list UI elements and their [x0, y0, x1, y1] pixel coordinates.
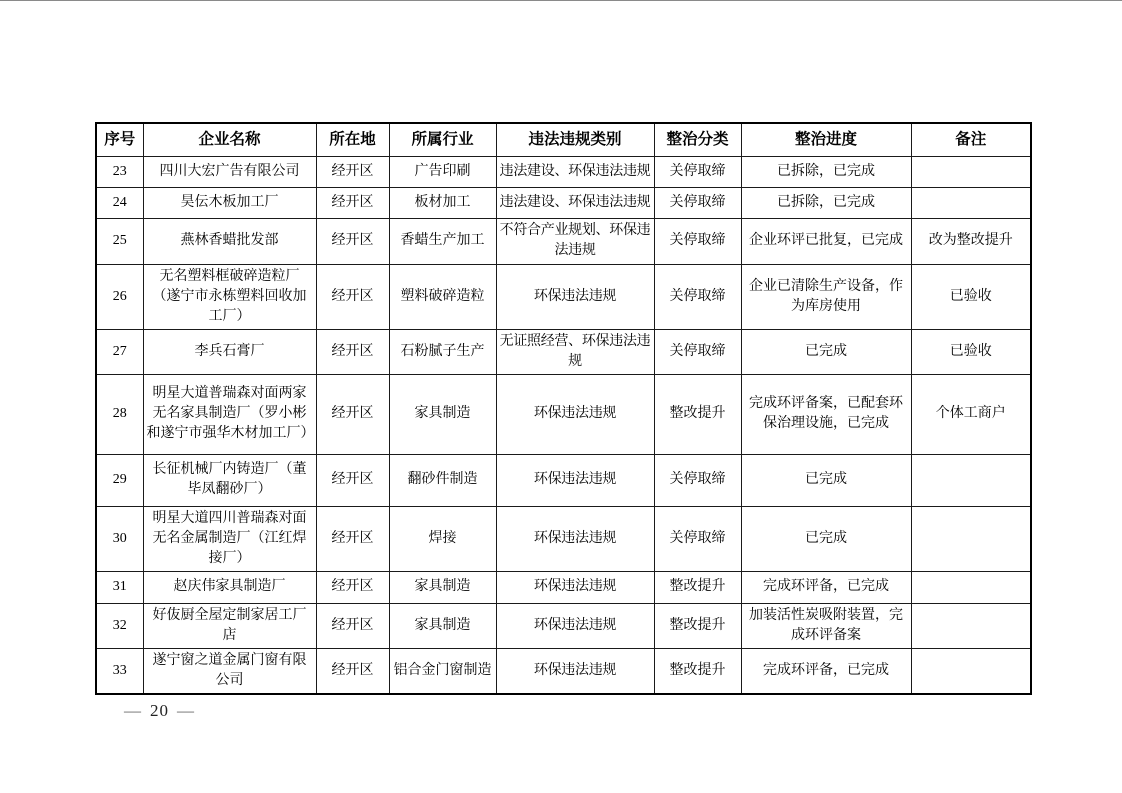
- cell-industry: 塑料破碎造粒: [389, 264, 496, 329]
- cell-remarks: 改为整改提升: [911, 218, 1031, 264]
- table-row: 30 明星大道四川普瑞森对面无名金属制造厂（江红焊接厂） 经开区 焊接 环保违法…: [96, 506, 1031, 571]
- cell-violation-type: 环保违法违规: [496, 454, 654, 506]
- cell-location: 经开区: [316, 506, 389, 571]
- column-header-violation-type: 违法违规类别: [496, 123, 654, 156]
- cell-rectification-category: 关停取缔: [654, 264, 741, 329]
- cell-remarks: [911, 156, 1031, 187]
- column-header-rectification-progress: 整治进度: [741, 123, 911, 156]
- cell-rectification-category: 整改提升: [654, 571, 741, 603]
- cell-violation-type: 环保违法违规: [496, 374, 654, 454]
- column-header-enterprise-name: 企业名称: [143, 123, 316, 156]
- cell-remarks: [911, 454, 1031, 506]
- page-footer: —20—: [116, 701, 203, 721]
- cell-rectification-category: 关停取缔: [654, 329, 741, 374]
- cell-seq: 26: [96, 264, 143, 329]
- cell-enterprise-name: 赵庆伟家具制造厂: [143, 571, 316, 603]
- cell-location: 经开区: [316, 648, 389, 694]
- cell-rectification-progress: 完成环评备，已完成: [741, 648, 911, 694]
- cell-remarks: [911, 506, 1031, 571]
- cell-rectification-progress: 已拆除，已完成: [741, 156, 911, 187]
- cell-rectification-progress: 加装活性炭吸附装置，完成环评备案: [741, 603, 911, 648]
- cell-location: 经开区: [316, 454, 389, 506]
- cell-violation-type: 环保违法违规: [496, 264, 654, 329]
- cell-seq: 33: [96, 648, 143, 694]
- cell-location: 经开区: [316, 187, 389, 218]
- table-row: 24 昊伝木板加工厂 经开区 板材加工 违法建设、环保违法违规 关停取缔 已拆除…: [96, 187, 1031, 218]
- enterprise-rectification-table-wrap: 序号 企业名称 所在地 所属行业 违法违规类别 整治分类 整治进度 备注 23 …: [95, 122, 1032, 695]
- cell-remarks: [911, 187, 1031, 218]
- table-row: 28 明星大道普瑞森对面两家无名家具制造厂（罗小彬和遂宁市强华木材加工厂） 经开…: [96, 374, 1031, 454]
- cell-seq: 30: [96, 506, 143, 571]
- cell-remarks: [911, 648, 1031, 694]
- cell-enterprise-name: 好伖厨全屋定制家居工厂店: [143, 603, 316, 648]
- table-row: 33 遂宁窗之道金属门窗有限公司 经开区 铝合金门窗制造 环保违法违规 整改提升…: [96, 648, 1031, 694]
- cell-industry: 板材加工: [389, 187, 496, 218]
- cell-rectification-category: 关停取缔: [654, 454, 741, 506]
- table-row: 32 好伖厨全屋定制家居工厂店 经开区 家具制造 环保违法违规 整改提升 加装活…: [96, 603, 1031, 648]
- cell-seq: 32: [96, 603, 143, 648]
- column-header-industry: 所属行业: [389, 123, 496, 156]
- footer-right-dash: —: [169, 701, 203, 720]
- cell-enterprise-name: 燕林香蜡批发部: [143, 218, 316, 264]
- cell-location: 经开区: [316, 264, 389, 329]
- cell-enterprise-name: 遂宁窗之道金属门窗有限公司: [143, 648, 316, 694]
- cell-enterprise-name: 明星大道普瑞森对面两家无名家具制造厂（罗小彬和遂宁市强华木材加工厂）: [143, 374, 316, 454]
- cell-location: 经开区: [316, 218, 389, 264]
- cell-seq: 29: [96, 454, 143, 506]
- cell-rectification-category: 整改提升: [654, 648, 741, 694]
- cell-seq: 25: [96, 218, 143, 264]
- cell-rectification-progress: 企业已清除生产设备，作为库房使用: [741, 264, 911, 329]
- cell-rectification-category: 关停取缔: [654, 506, 741, 571]
- cell-remarks: 已验收: [911, 329, 1031, 374]
- cell-rectification-progress: 已拆除，已完成: [741, 187, 911, 218]
- column-header-remarks: 备注: [911, 123, 1031, 156]
- cell-enterprise-name: 明星大道四川普瑞森对面无名金属制造厂（江红焊接厂）: [143, 506, 316, 571]
- cell-rectification-progress: 完成环评备案，已配套环保治理设施，已完成: [741, 374, 911, 454]
- cell-remarks: [911, 571, 1031, 603]
- cell-industry: 铝合金门窗制造: [389, 648, 496, 694]
- table-row: 29 长征机械厂内铸造厂（董毕凤翻砂厂） 经开区 翻砂件制造 环保违法违规 关停…: [96, 454, 1031, 506]
- cell-violation-type: 违法建设、环保违法违规: [496, 187, 654, 218]
- cell-rectification-category: 关停取缔: [654, 187, 741, 218]
- cell-location: 经开区: [316, 329, 389, 374]
- cell-violation-type: 无证照经营、环保违法违规: [496, 329, 654, 374]
- document-page: 序号 企业名称 所在地 所属行业 违法违规类别 整治分类 整治进度 备注 23 …: [0, 0, 1122, 793]
- cell-rectification-category: 关停取缔: [654, 218, 741, 264]
- cell-rectification-category: 整改提升: [654, 603, 741, 648]
- cell-enterprise-name: 李兵石膏厂: [143, 329, 316, 374]
- column-header-seq: 序号: [96, 123, 143, 156]
- cell-industry: 广告印刷: [389, 156, 496, 187]
- header-row: 序号 企业名称 所在地 所属行业 违法违规类别 整治分类 整治进度 备注: [96, 123, 1031, 156]
- cell-violation-type: 环保违法违规: [496, 648, 654, 694]
- cell-remarks: 个体工商户: [911, 374, 1031, 454]
- cell-seq: 27: [96, 329, 143, 374]
- page-edge-line: [0, 0, 1122, 1]
- footer-left-dash: —: [116, 701, 150, 720]
- cell-enterprise-name: 长征机械厂内铸造厂（董毕凤翻砂厂）: [143, 454, 316, 506]
- cell-seq: 28: [96, 374, 143, 454]
- cell-enterprise-name: 四川大宏广告有限公司: [143, 156, 316, 187]
- cell-location: 经开区: [316, 156, 389, 187]
- column-header-location: 所在地: [316, 123, 389, 156]
- table-row: 23 四川大宏广告有限公司 经开区 广告印刷 违法建设、环保违法违规 关停取缔 …: [96, 156, 1031, 187]
- cell-rectification-progress: 已完成: [741, 506, 911, 571]
- cell-seq: 31: [96, 571, 143, 603]
- cell-rectification-progress: 已完成: [741, 454, 911, 506]
- cell-rectification-category: 关停取缔: [654, 156, 741, 187]
- cell-violation-type: 违法建设、环保违法违规: [496, 156, 654, 187]
- cell-industry: 家具制造: [389, 374, 496, 454]
- cell-seq: 23: [96, 156, 143, 187]
- enterprise-rectification-table: 序号 企业名称 所在地 所属行业 违法违规类别 整治分类 整治进度 备注 23 …: [95, 122, 1032, 695]
- cell-violation-type: 环保违法违规: [496, 571, 654, 603]
- footer-page-number: 20: [150, 701, 169, 720]
- cell-location: 经开区: [316, 374, 389, 454]
- cell-industry: 家具制造: [389, 603, 496, 648]
- cell-violation-type: 不符合产业规划、环保违法违规: [496, 218, 654, 264]
- cell-violation-type: 环保违法违规: [496, 603, 654, 648]
- table-body: 23 四川大宏广告有限公司 经开区 广告印刷 违法建设、环保违法违规 关停取缔 …: [96, 156, 1031, 694]
- cell-industry: 家具制造: [389, 571, 496, 603]
- cell-rectification-progress: 完成环评备，已完成: [741, 571, 911, 603]
- cell-violation-type: 环保违法违规: [496, 506, 654, 571]
- column-header-rectification-category: 整治分类: [654, 123, 741, 156]
- cell-industry: 焊接: [389, 506, 496, 571]
- cell-remarks: 已验收: [911, 264, 1031, 329]
- table-header: 序号 企业名称 所在地 所属行业 违法违规类别 整治分类 整治进度 备注: [96, 123, 1031, 156]
- cell-seq: 24: [96, 187, 143, 218]
- cell-enterprise-name: 无名塑料框破碎造粒厂（遂宁市永栋塑料回收加工厂）: [143, 264, 316, 329]
- table-row: 26 无名塑料框破碎造粒厂（遂宁市永栋塑料回收加工厂） 经开区 塑料破碎造粒 环…: [96, 264, 1031, 329]
- table-row: 25 燕林香蜡批发部 经开区 香蜡生产加工 不符合产业规划、环保违法违规 关停取…: [96, 218, 1031, 264]
- cell-rectification-category: 整改提升: [654, 374, 741, 454]
- cell-enterprise-name: 昊伝木板加工厂: [143, 187, 316, 218]
- cell-location: 经开区: [316, 571, 389, 603]
- cell-industry: 香蜡生产加工: [389, 218, 496, 264]
- cell-industry: 翻砂件制造: [389, 454, 496, 506]
- cell-remarks: [911, 603, 1031, 648]
- cell-rectification-progress: 企业环评已批复，已完成: [741, 218, 911, 264]
- cell-rectification-progress: 已完成: [741, 329, 911, 374]
- table-row: 27 李兵石膏厂 经开区 石粉腻子生产 无证照经营、环保违法违规 关停取缔 已完…: [96, 329, 1031, 374]
- cell-industry: 石粉腻子生产: [389, 329, 496, 374]
- cell-location: 经开区: [316, 603, 389, 648]
- table-row: 31 赵庆伟家具制造厂 经开区 家具制造 环保违法违规 整改提升 完成环评备，已…: [96, 571, 1031, 603]
